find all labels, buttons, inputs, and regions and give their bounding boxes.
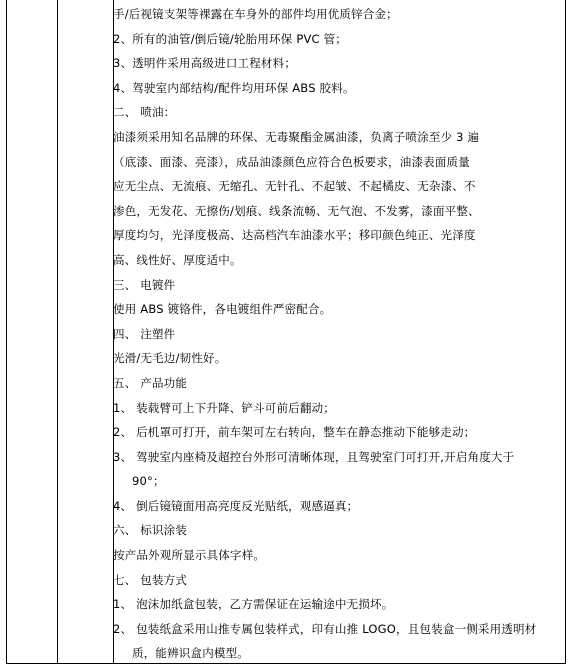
spec-text-line: 四、 注塑件	[113, 322, 563, 347]
spec-text-line: 4、 倒后镜镜面用高亮度反光贴纸，观感逼真；	[113, 494, 563, 519]
spec-text-line: 按产品外观所显示具体字样。	[113, 543, 563, 568]
spec-text-line: 1、 泡沫加纸盒包装，乙方需保证在运输途中无损坏。	[113, 592, 563, 617]
spec-text-line: 手/后视镜支架等裸露在车身外的部件均用优质锌合金；	[113, 2, 563, 27]
spec-text-line: 2、 包装纸盒采用山推专属包装样式，印有山推 LOGO，且包装盒一侧采用透明材	[113, 617, 563, 642]
spec-text-line: 三、 电镀件	[113, 273, 563, 298]
spec-text-line: 3、透明件采用高级进口工程材料；	[113, 51, 563, 76]
spec-text-line: 二、 喷油：	[113, 100, 563, 125]
spec-text-line: 2、 后机罩可打开，前车架可左右转向，整车在静态推动下能够走动；	[113, 420, 563, 445]
table-column-index	[7, 0, 58, 663]
spec-text-line: 五、 产品功能	[113, 371, 563, 396]
spec-text-line: 使用 ABS 镀铬件，各电镀组件严密配合。	[113, 297, 563, 322]
spec-text-line: 1、 装载臂可上下升降、铲斗可前后翻动；	[113, 396, 563, 421]
spec-text-line: 90°；	[113, 469, 563, 494]
spec-text-line: 2、所有的油管/倒后镜/轮胎用环保 PVC 管；	[113, 27, 563, 52]
spec-text-line: 七、 包装方式	[113, 568, 563, 593]
table-column-item	[58, 0, 114, 663]
spec-text-line: 渗色，无发花、无擦伤/划痕、线条流畅、无气泡、不发雾，漆面平整、	[113, 199, 563, 224]
spec-text-line: 光滑/无毛边/韧性好。	[113, 346, 563, 371]
spec-text-line: 3、 驾驶室内座椅及超控台外形可清晰体现，且驾驶室门可打开,开启角度大于	[113, 445, 563, 470]
spec-text-line: 厚度均匀，光泽度极高、达高档汽车油漆水平；移印颜色纯正、光泽度	[113, 223, 563, 248]
spec-content-cell: 手/后视镜支架等裸露在车身外的部件均用优质锌合金；2、所有的油管/倒后镜/轮胎用…	[113, 2, 563, 666]
spec-text-line: 质，能辨识盒内模型。	[113, 641, 563, 666]
spec-text-line: 4、驾驶室内部结构/配件均用环保 ABS 胶料。	[113, 76, 563, 101]
spec-text-line: （底漆、面漆、亮漆），成品油漆颜色应符合色板要求，油漆表面质量	[113, 150, 563, 175]
spec-text-line: 油漆须采用知名品牌的环保、无毒聚酯金属油漆，负离子喷涂至少 3 遍	[113, 125, 563, 150]
spec-text-line: 高、线性好、厚度适中。	[113, 248, 563, 273]
spec-text-line: 应无尘点、无流痕、无缩孔、无针孔、不起皱、不起橘皮、无杂漆、不	[113, 174, 563, 199]
spec-text-line: 六、 标识涂装	[113, 518, 563, 543]
